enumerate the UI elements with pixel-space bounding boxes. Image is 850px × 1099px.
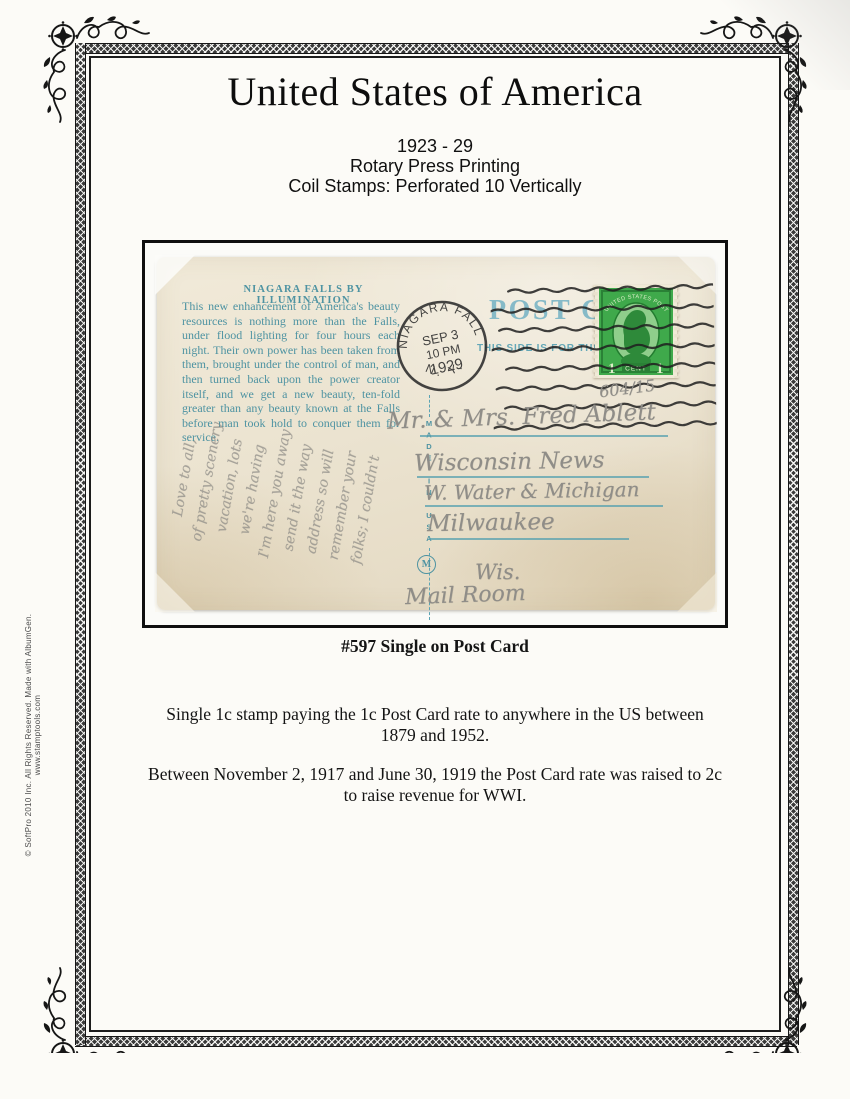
corner-ornament-bottom-right	[696, 963, 814, 1053]
printed-address-rule	[429, 538, 629, 540]
postmark-niagara-falls: NIAGARA FALLS N. Y. SEP 3 10 PM 1929	[385, 289, 499, 403]
postcard: NIAGARA FALLS BY ILLUMINATION This new e…	[157, 257, 715, 610]
maker-logo-m: M	[417, 555, 436, 574]
photo-corner-bottom-right	[677, 572, 717, 612]
postcard-mount-frame: NIAGARA FALLS BY ILLUMINATION This new e…	[142, 240, 728, 628]
paragraph-line: Between November 2, 1917 and June 30, 19…	[75, 764, 795, 785]
copyright-vertical-text: © SoftPro 2010 Inc. All Rights Reserved.…	[24, 590, 42, 880]
address-line-city: Milwaukee	[427, 509, 555, 537]
page-subtitle: 1923 - 29 Rotary Press Printing Coil Sta…	[89, 136, 781, 196]
description-paragraph-1: Single 1c stamp paying the 1c Post Card …	[75, 704, 795, 746]
address-line-street: W. Water & Michigan	[424, 477, 640, 505]
address-line-mailroom: Mail Room	[405, 581, 526, 610]
subtitle-years: 1923 - 29	[89, 136, 781, 156]
border-band-top	[75, 43, 797, 54]
catalog-caption: #597 Single on Post Card	[89, 636, 781, 657]
page-title: United States of America	[89, 68, 781, 115]
border-band-right	[788, 43, 799, 1045]
description-paragraph-2: Between November 2, 1917 and June 30, 19…	[75, 764, 795, 806]
printed-address-rule	[425, 505, 663, 507]
border-band-bottom	[75, 1036, 797, 1047]
paragraph-line: Single 1c stamp paying the 1c Post Card …	[75, 704, 795, 725]
corner-ornament-bottom-left	[36, 963, 154, 1053]
photo-corner-top-left	[155, 255, 195, 295]
address-line-company: Wisconsin News	[414, 447, 605, 476]
paragraph-line: to raise revenue for WWI.	[75, 785, 795, 806]
subtitle-printing: Rotary Press Printing	[89, 156, 781, 176]
subtitle-perforation: Coil Stamps: Perforated 10 Vertically	[89, 176, 781, 196]
paragraph-line: 1879 and 1952.	[75, 725, 795, 746]
pencil-message-rotated: Love to all, of pretty scenery vacation,…	[153, 360, 406, 629]
border-band-left	[75, 43, 86, 1045]
